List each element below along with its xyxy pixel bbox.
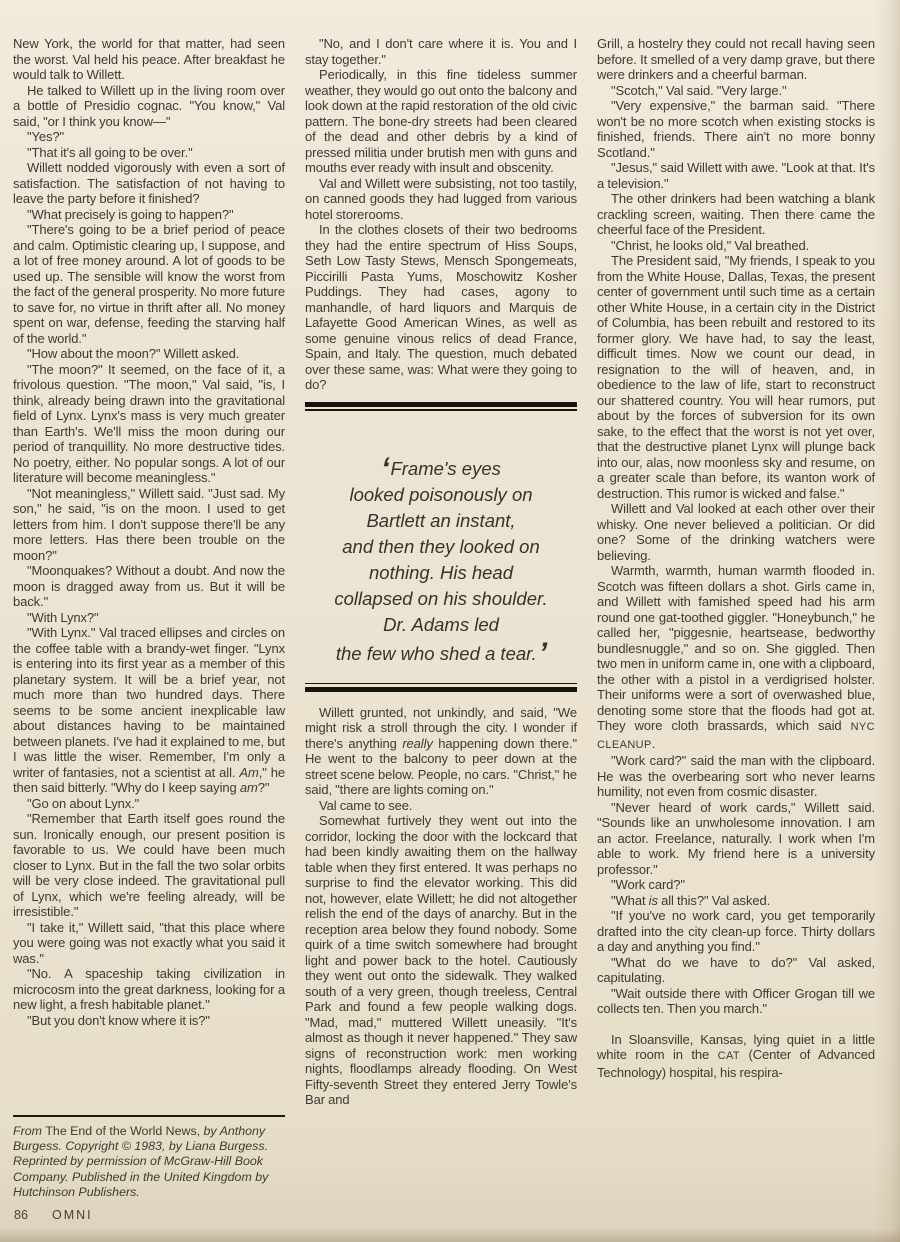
source-citation-block: From The End of the World News, by Antho… [13,1115,285,1200]
paragraph: "Very expensive," the barman said. "Ther… [597,98,875,160]
paragraph: Grill, a hostelry they could not recall … [597,36,875,83]
pull-quote-line: Dr. Adams led [309,612,573,638]
pull-quote-line: ‘Frame's eyes [309,453,573,482]
paragraph: Val came to see. [305,798,577,814]
paragraph: "What is all this?" Val asked. [597,893,875,909]
paragraph: "What do we have to do?" Val asked, capi… [597,955,875,986]
section-break [597,1017,875,1032]
paragraph: "Work card?" [597,877,875,893]
paragraph: The other drinkers had been watching a b… [597,191,875,238]
paragraph: Somewhat furtively they went out into th… [305,813,577,1108]
paragraph: In Sloansville, Kansas, lying quiet in a… [597,1032,875,1081]
paragraph: "Wait outside there with Officer Grogan … [597,986,875,1017]
paragraph: "Moonquakes? Without a doubt. And now th… [13,563,285,610]
paragraph: "What precisely is going to happen?" [13,207,285,223]
pull-quote-line: and then they looked on [309,534,573,560]
paragraph: "But you don't know where it is?" [13,1013,285,1029]
paragraph: "That it's all going to be over." [13,145,285,161]
source-citation: From The End of the World News, by Antho… [13,1124,285,1200]
pull-quote-line: Bartlett an instant, [309,508,573,534]
page-edge-shadow-right [874,0,900,1242]
paragraph: "The moon?" It seemed, on the face of it… [13,362,285,486]
paragraph: "Never heard of work cards," Willett sai… [597,800,875,878]
page-number: 86 [14,1208,52,1222]
paragraph: "There's going to be a brief period of p… [13,222,285,346]
paragraph: New York, the world for that matter, had… [13,36,285,83]
paragraph: Periodically, in this fine tideless summ… [305,67,577,176]
page-edge-shadow-bottom [0,1228,900,1242]
open-quote-icon: ‘ [381,452,388,485]
magazine-page: New York, the world for that matter, had… [0,0,900,1242]
pull-quote-line: looked poisonously on [309,482,573,508]
pull-quote-line: the few who shed a tear.’ [309,638,573,667]
paragraph: In the clothes closets of their two bedr… [305,222,577,393]
pull-quote-line: nothing. His head [309,560,573,586]
paragraph: "Remember that Earth itself goes round t… [13,811,285,920]
pull-quote-divider [305,683,577,692]
paragraph: "I take it," Willett said, "that this pl… [13,920,285,967]
pull-quote-line: collapsed on his shoulder. [309,586,573,612]
paragraph: "Christ, he looks old," Val breathed. [597,238,875,254]
text-column-2: "No, and I don't care where it is. You a… [305,36,577,1108]
page-footer: 86OMNI [14,1208,93,1222]
paragraph: "No. A spaceship taking civilization in … [13,966,285,1013]
text-column-3: Grill, a hostelry they could not recall … [597,36,875,1080]
paragraph: "With Lynx." Val traced ellipses and cir… [13,625,285,796]
paragraph: "Go on about Lynx." [13,796,285,812]
paragraph: "No, and I don't care where it is. You a… [305,36,577,67]
paragraph: "If you've no work card, you get tempora… [597,908,875,955]
pull-quote-divider [305,402,577,411]
paragraph: Willett nodded vigorously with even a so… [13,160,285,207]
text-column-1: New York, the world for that matter, had… [13,36,285,1028]
paragraph: He talked to Willett up in the living ro… [13,83,285,130]
paragraph: "Yes?" [13,129,285,145]
paragraph: "Not meaningless," Willett said. "Just s… [13,486,285,564]
paragraph: Val and Willett were subsisting, not too… [305,176,577,223]
paragraph: "With Lynx?" [13,610,285,626]
citation-divider [13,1115,285,1117]
close-quote-icon: ’ [539,637,546,670]
paragraph: Willett grunted, not unkindly, and said,… [305,705,577,798]
pull-quote: ‘Frame's eyeslooked poisonously onBartle… [305,411,577,683]
magazine-name: OMNI [52,1208,93,1222]
paragraph: "Scotch," Val said. "Very large." [597,83,875,99]
paragraph: "How about the moon?" Willett asked. [13,346,285,362]
paragraph: Willett and Val looked at each other ove… [597,501,875,563]
paragraph: "Work card?" said the man with the clipb… [597,753,875,800]
paragraph: The President said, "My friends, I speak… [597,253,875,501]
paragraph: "Jesus," said Willett with awe. "Look at… [597,160,875,191]
paragraph: Warmth, warmth, human warmth flooded in.… [597,563,875,753]
